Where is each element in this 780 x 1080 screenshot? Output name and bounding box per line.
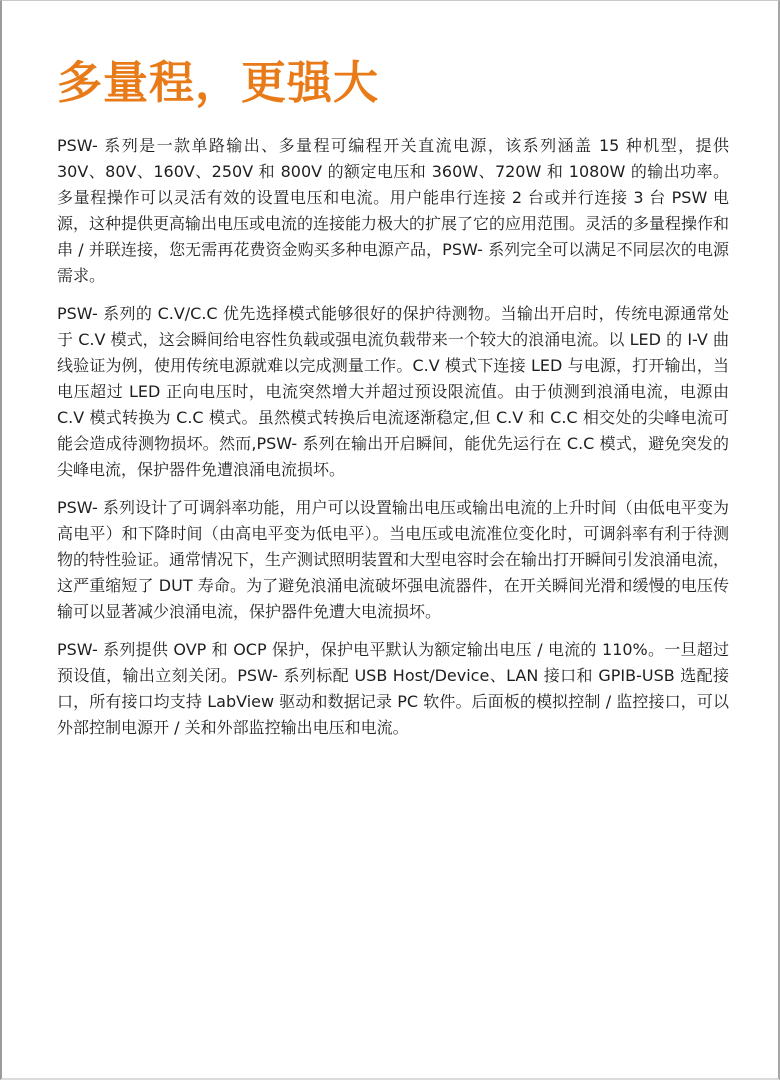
page-title: 多量程，更强大 [57, 57, 729, 109]
paragraph-cv-cc-priority: PSW- 系列的 C.V/C.C 优先选择模式能够很好的保护待测物。当输出开启时… [57, 301, 729, 483]
page-content: 多量程，更强大 PSW- 系列是一款单路输出、多量程可编程开关直流电源，该系列涵… [57, 1, 729, 741]
paragraph-protection-interfaces: PSW- 系列提供 OVP 和 OCP 保护，保护电平默认为额定输出电压 / 电… [57, 637, 729, 741]
paragraph-series-overview: PSW- 系列是一款单路输出、多量程可编程开关直流电源，该系列涵盖 15 种机型… [57, 133, 729, 289]
brochure-page: 多量程，更强大 PSW- 系列是一款单路输出、多量程可编程开关直流电源，该系列涵… [0, 0, 780, 1080]
body-text-block: PSW- 系列是一款单路输出、多量程可编程开关直流电源，该系列涵盖 15 种机型… [57, 133, 729, 741]
paragraph-adjustable-slew-rate: PSW- 系列设计了可调斜率功能，用户可以设置输出电压或输出电流的上升时间（由低… [57, 495, 729, 625]
